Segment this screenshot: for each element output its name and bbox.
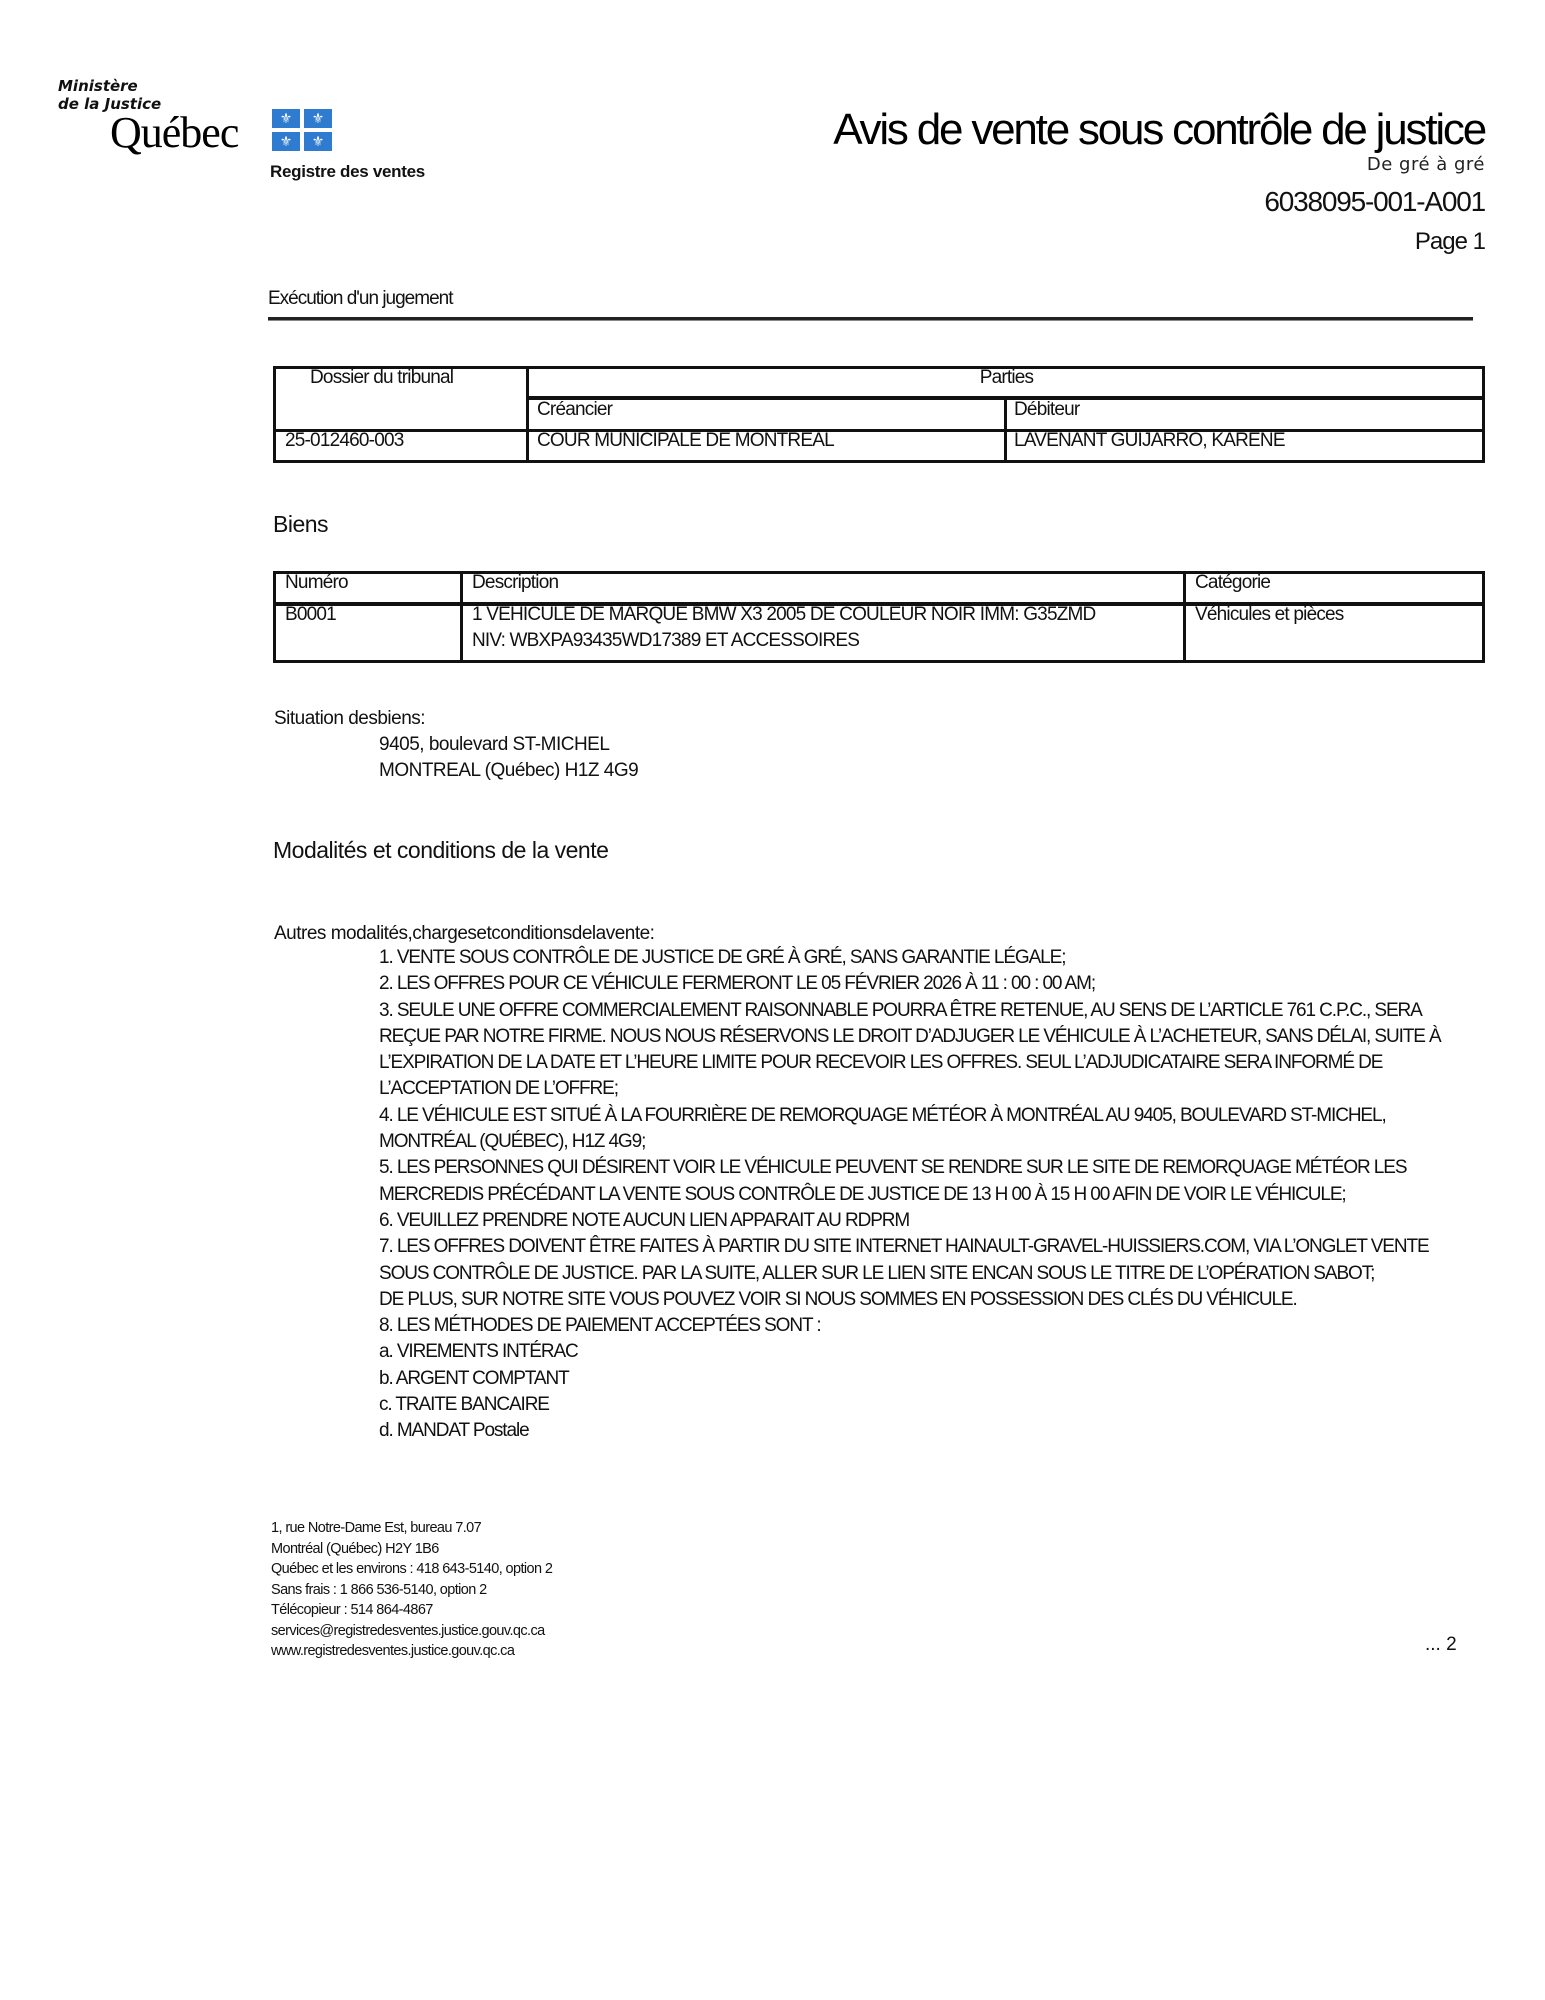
autres-modalites-label: Autres modalités,chargesetconditionsdela… — [274, 921, 654, 947]
condition-line: 4. LE VÉHICULE EST SITUÉ À LA FOURRIÈRE … — [379, 1103, 1441, 1129]
condition-line: L’ACCEPTATION DE L’OFFRE; — [379, 1076, 1441, 1102]
conditions-list: 1. VENTE SOUS CONTRÔLE DE JUSTICE DE GRÉ… — [379, 945, 1441, 1445]
bien-categorie: Véhicules et pièces — [1195, 604, 1344, 626]
footer-line: www.registredesventes.justice.gouv.qc.ca — [271, 1641, 552, 1662]
header-creancier: Créancier — [537, 399, 612, 421]
header-debiteur: Débiteur — [1014, 399, 1079, 421]
footer-contact: 1, rue Notre-Dame Est, bureau 7.07Montré… — [271, 1518, 552, 1662]
header-categorie: Catégorie — [1195, 572, 1270, 594]
condition-line: REÇUE PAR NOTRE FIRME. NOUS NOUS RÉSERVO… — [379, 1024, 1441, 1050]
condition-line: c. TRAITE BANCAIRE — [379, 1392, 1441, 1418]
ministere-line-1: Ministère — [58, 77, 138, 95]
bien-description-line-2: NIV: WBXPA93435WD17389 ET ACCESSOIRES — [472, 630, 859, 652]
footer-line: Québec et les environs : 418 643-5140, o… — [271, 1559, 552, 1580]
condition-line: MONTRÉAL (QUÉBEC), H1Z 4G9; — [379, 1129, 1441, 1155]
quebec-wordmark: Québec — [110, 111, 238, 155]
condition-line: 1. VENTE SOUS CONTRÔLE DE JUSTICE DE GRÉ… — [379, 945, 1441, 971]
execution-divider — [268, 317, 1473, 321]
condition-line: a. VIREMENTS INTÉRAC — [379, 1339, 1441, 1365]
header-numero: Numéro — [285, 572, 348, 594]
debiteur-value: LAVENANT GUIJARRO, KARENE — [1014, 430, 1285, 452]
document-title: Avis de vente sous contrôle de justice — [833, 105, 1485, 155]
condition-line: d. MANDAT Postale — [379, 1418, 1441, 1444]
creancier-value: COUR MUNICIPALE DE MONTREAL — [537, 430, 834, 452]
continuation-marker: ... 2 — [1425, 1634, 1457, 1656]
condition-line: DE PLUS, SUR NOTRE SITE VOUS POUVEZ VOIR… — [379, 1287, 1441, 1313]
execution-label: Exécution d'un jugement — [268, 288, 453, 310]
situation-address-line-1: 9405, boulevard ST-MICHEL — [379, 732, 609, 758]
logo: Ministère de la Justice Québec ⚜ ⚜ ⚜ ⚜ R… — [58, 77, 458, 187]
footer-line: Télécopieur : 514 864-4867 — [271, 1600, 552, 1621]
header-parties: Parties — [529, 367, 1484, 389]
biens-heading: Biens — [273, 511, 328, 538]
condition-line: 8. LES MÉTHODES DE PAIEMENT ACCEPTÉES SO… — [379, 1313, 1441, 1339]
header-dossier-du-tribunal: Dossier du tribunal — [310, 367, 453, 389]
condition-line: MERCREDIS PRÉCÉDANT LA VENTE SOUS CONTRÔ… — [379, 1182, 1441, 1208]
condition-line: 2. LES OFFRES POUR CE VÉHICULE FERMERONT… — [379, 971, 1441, 997]
document-number: 6038095-001-A001 — [1264, 186, 1485, 218]
registre-des-ventes: Registre des ventes — [270, 162, 425, 182]
condition-line: SOUS CONTRÔLE DE JUSTICE. PAR LA SUITE, … — [379, 1261, 1441, 1287]
modalites-heading: Modalités et conditions de la vente — [273, 837, 608, 864]
condition-line: 6. VEUILLEZ PRENDRE NOTE AUCUN LIEN APPA… — [379, 1208, 1441, 1234]
header-description: Description — [472, 572, 558, 594]
bien-numero: B0001 — [285, 604, 336, 626]
footer-line: services@registredesventes.justice.gouv.… — [271, 1621, 552, 1642]
document-subtitle: De gré à gré — [1367, 154, 1485, 175]
condition-line: 7. LES OFFRES DOIVENT ÊTRE FAITES À PART… — [379, 1234, 1441, 1260]
condition-line: L’EXPIRATION DE LA DATE ET L’HEURE LIMIT… — [379, 1050, 1441, 1076]
footer-line: Montréal (Québec) H2Y 1B6 — [271, 1539, 552, 1560]
footer-line: 1, rue Notre-Dame Est, bureau 7.07 — [271, 1518, 552, 1539]
dossier-number: 25-012460-003 — [285, 430, 404, 452]
condition-line: 5. LES PERSONNES QUI DÉSIRENT VOIR LE VÉ… — [379, 1155, 1441, 1181]
condition-line: 3. SEULE UNE OFFRE COMMERCIALEMENT RAISO… — [379, 998, 1441, 1024]
footer-line: Sans frais : 1 866 536-5140, option 2 — [271, 1580, 552, 1601]
situation-label: Situation desbiens: — [274, 706, 425, 732]
situation-address-line-2: MONTREAL (Québec) H1Z 4G9 — [379, 758, 638, 784]
bien-description-line-1: 1 VEHICULE DE MARQUE BMW X3 2005 DE COUL… — [472, 604, 1095, 626]
page-number: Page 1 — [1415, 228, 1485, 256]
condition-line: b. ARGENT COMPTANT — [379, 1366, 1441, 1392]
